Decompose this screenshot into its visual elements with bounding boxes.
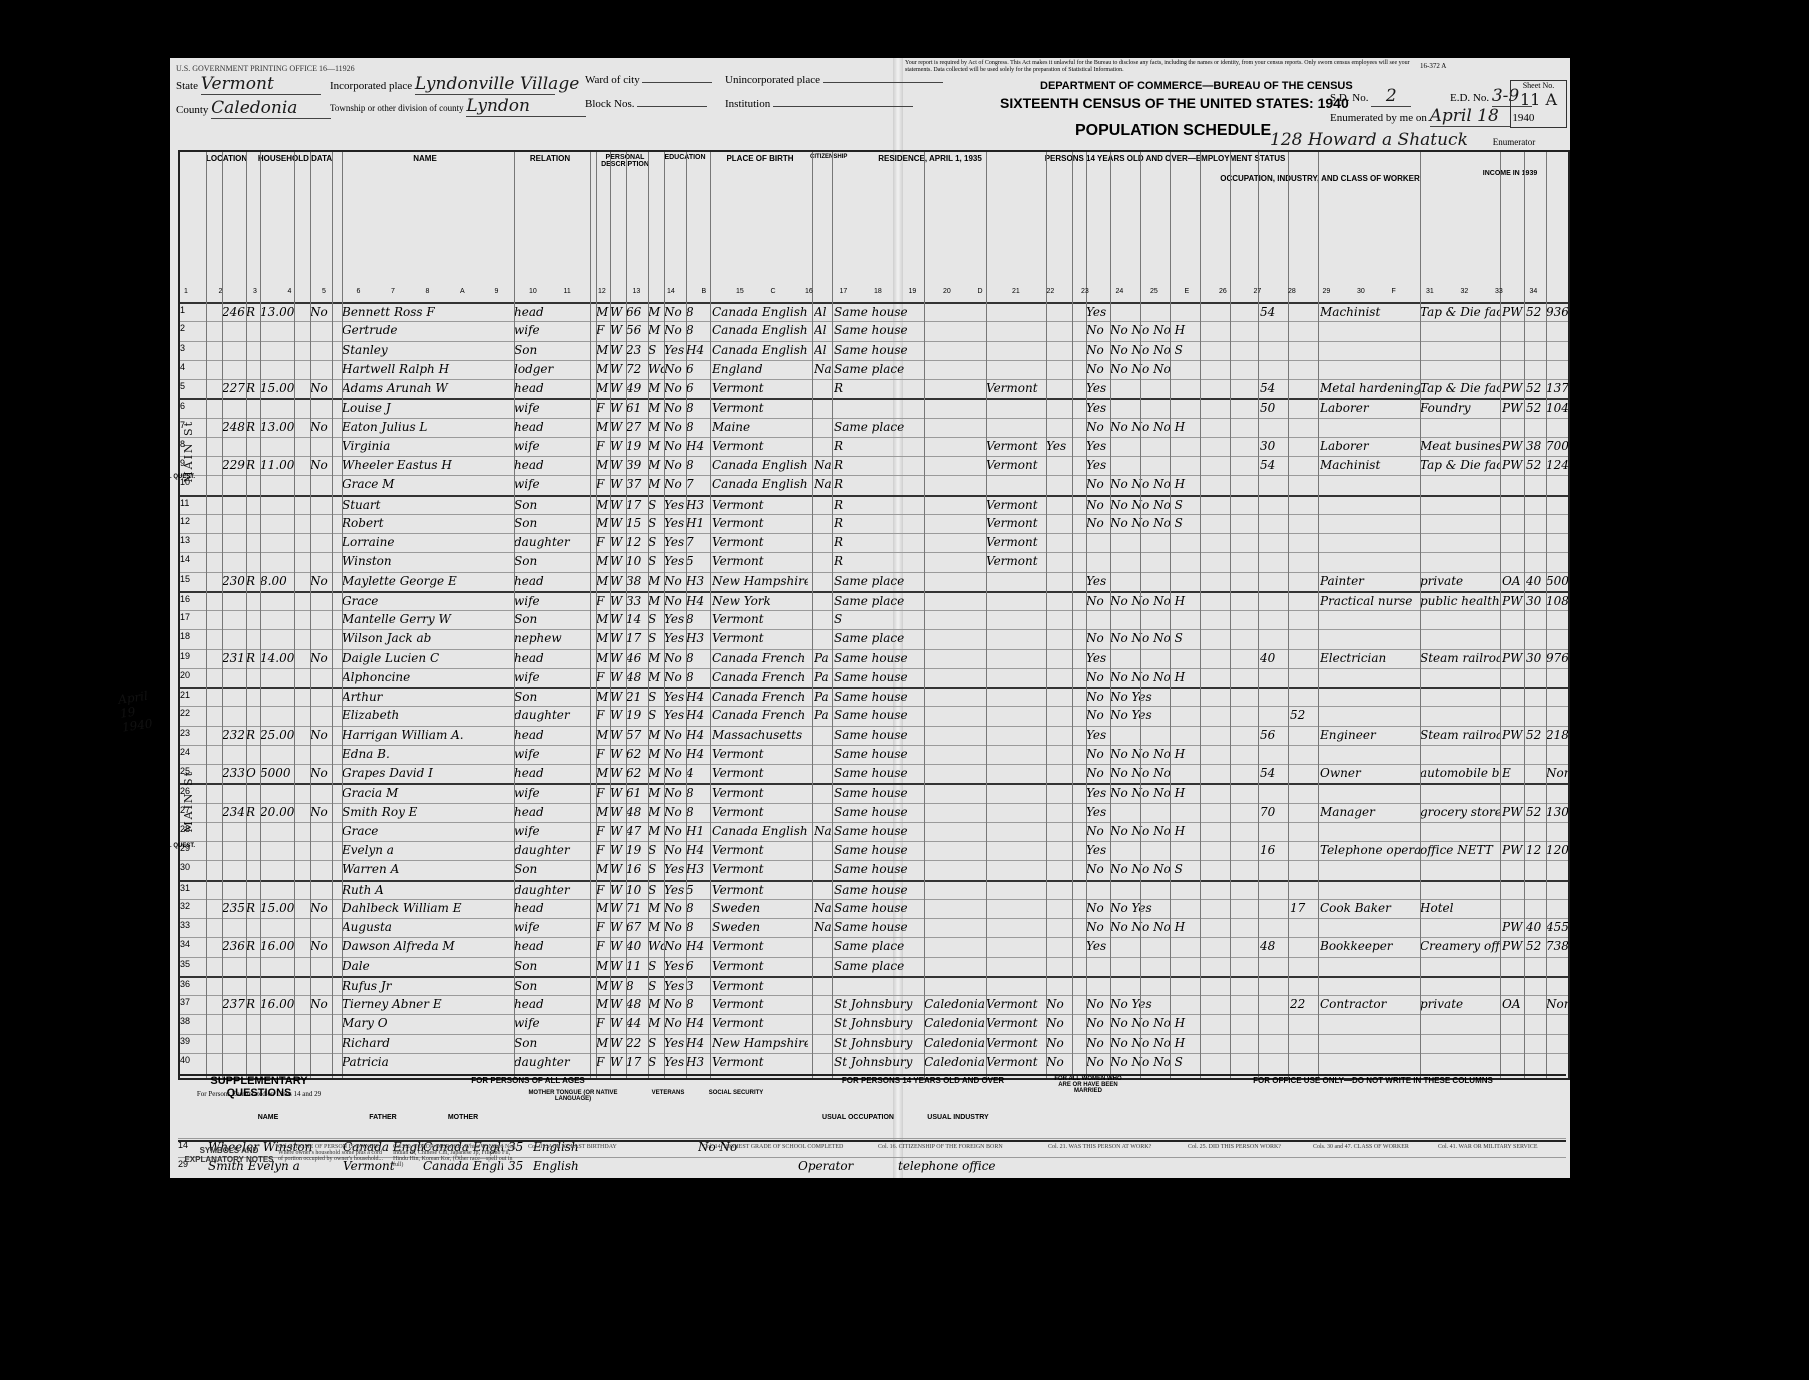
weeks-worked-cell: 40 — [1526, 574, 1546, 588]
relation-cell: head — [514, 420, 590, 434]
person-name-cell: Grapes David I — [342, 766, 512, 780]
hours-worked-cell: 70 — [1260, 805, 1284, 819]
person-name-cell: Alphoncine — [342, 670, 512, 684]
sex-cell: M — [596, 959, 610, 973]
line-number-cell: 14 — [180, 554, 202, 564]
citizenship-cell: Pa — [814, 670, 832, 684]
relation-cell: daughter — [514, 708, 590, 722]
wage-income-cell: 455 — [1546, 920, 1568, 934]
house-number-cell: 230 — [222, 574, 246, 588]
column-number: 17 — [840, 288, 848, 295]
column-number: 18 — [874, 288, 882, 295]
township-value: Lyndon — [466, 96, 586, 117]
wage-income-cell: 738 — [1546, 939, 1568, 953]
birthplace-cell: Vermont — [712, 786, 808, 800]
industry-cell: Creamery office — [1420, 939, 1500, 953]
at-work-cell: No — [1086, 516, 1110, 530]
relation-cell: Son — [514, 516, 590, 530]
home-value-cell: 14.00 — [260, 651, 294, 665]
age-cell: 19 — [626, 708, 648, 722]
farm-residence-cell: No — [310, 420, 332, 434]
column-number: 4 — [288, 288, 292, 295]
table-row: 18Wilson Jack abnephewMW17SYesH3VermontS… — [180, 629, 1568, 649]
line-number-cell: 16 — [180, 594, 202, 604]
birthplace-cell: Vermont — [712, 381, 808, 395]
line-number-cell: 24 — [180, 747, 202, 757]
column-number: 33 — [1495, 288, 1503, 295]
at-work-cell: No — [1086, 631, 1110, 645]
sex-cell: F — [596, 477, 610, 491]
sex-cell: M — [596, 901, 610, 915]
table-row: 35DaleSonMW11SYes6VermontSame place — [180, 957, 1568, 977]
column-number: 6 — [357, 288, 361, 295]
house-number-cell: 248 — [222, 420, 246, 434]
table-row: 13LorrainedaughterFW12SYes7VermontRVermo… — [180, 533, 1568, 553]
residence-state-cell: Vermont — [986, 1055, 1046, 1069]
line-number-cell: 38 — [180, 1016, 202, 1026]
line-number-cell: 22 — [180, 708, 202, 718]
birthplace-cell: Canada English — [712, 477, 808, 491]
school-attendance-cell: No — [664, 670, 686, 684]
grade-completed-cell: H3 — [686, 631, 708, 645]
school-attendance-cell: Yes — [664, 343, 686, 357]
sex-cell: M — [596, 305, 610, 319]
birthplace-cell: Vermont — [712, 805, 808, 819]
home-value-cell: 16.00 — [260, 939, 294, 953]
line-number-cell: 35 — [180, 959, 202, 969]
birthplace-cell: Canada English — [712, 343, 808, 357]
house-number-cell: 231 — [222, 651, 246, 665]
column-number: 28 — [1288, 288, 1296, 295]
relation-cell: daughter — [514, 843, 590, 857]
citizenship-cell: Na — [814, 458, 832, 472]
column-number: D — [978, 288, 983, 295]
grade-completed-cell: 6 — [686, 381, 708, 395]
home-owned-cell: R — [246, 805, 260, 819]
home-value-cell: 8.00 — [260, 574, 294, 588]
age-cell: 12 — [626, 535, 648, 549]
home-value-cell: 16.00 — [260, 997, 294, 1011]
race-cell: W — [610, 651, 626, 665]
sex-cell: M — [596, 728, 610, 742]
residence-city-cell: Same house — [834, 305, 924, 319]
marital-status-cell: M — [648, 805, 664, 819]
farm-residence-cell: No — [310, 381, 332, 395]
person-name-cell: Daigle Lucien C — [342, 651, 512, 665]
at-work-cell: No — [1086, 824, 1110, 838]
marital-status-cell: M — [648, 766, 664, 780]
relation-cell: Son — [514, 979, 590, 993]
race-cell: W — [610, 458, 626, 472]
relation-cell: Son — [514, 343, 590, 357]
person-name-cell: Stanley — [342, 343, 512, 357]
column-number: 16 — [805, 288, 813, 295]
birthplace-cell: Vermont — [712, 535, 808, 549]
residence-county-cell: Caledonia — [924, 1036, 984, 1050]
weeks-worked-cell: 52 — [1526, 939, 1546, 953]
residence-farm-cell: Yes — [1046, 439, 1072, 453]
race-cell: W — [610, 728, 626, 742]
at-work-cell: Yes — [1086, 939, 1110, 953]
residence-farm-cell: No — [1046, 1036, 1072, 1050]
residence-city-cell: R — [834, 439, 924, 453]
race-cell: W — [610, 477, 626, 491]
at-work-cell: No — [1086, 997, 1110, 1011]
grade-completed-cell: H4 — [686, 594, 708, 608]
school-attendance-cell: No — [664, 574, 686, 588]
marital-status-cell: S — [648, 862, 664, 876]
residence-state-cell: Vermont — [986, 458, 1046, 472]
table-row: 21ArthurSonMW21SYesH4Canada FrenchPaSame… — [180, 687, 1568, 708]
grade-completed-cell: 8 — [686, 323, 708, 337]
sex-cell: F — [596, 439, 610, 453]
marital-status-cell: M — [648, 401, 664, 415]
residence-city-cell: Same house — [834, 690, 924, 704]
race-cell: W — [610, 594, 626, 608]
grade-completed-cell: 8 — [686, 786, 708, 800]
marital-status-cell: S — [648, 959, 664, 973]
home-owned-cell: R — [246, 939, 260, 953]
birthplace-cell: Vermont — [712, 883, 808, 897]
marital-status-cell: S — [648, 631, 664, 645]
farm-residence-cell: No — [310, 574, 332, 588]
race-cell: W — [610, 805, 626, 819]
marital-status-cell: S — [648, 690, 664, 704]
line-number-cell: 37 — [180, 997, 202, 1007]
table-row: 6Louise JwifeFW61MNo8VermontYes50Laborer… — [180, 398, 1568, 419]
column-number: 5 — [322, 288, 326, 295]
school-attendance-cell: No — [664, 305, 686, 319]
citizenship-cell: Pa — [814, 690, 832, 704]
home-owned-cell: R — [246, 574, 260, 588]
table-row: 36Rufus JrSonMW8SYes3Vermont — [180, 976, 1568, 997]
race-cell: W — [610, 670, 626, 684]
line-number-cell: 34 — [180, 939, 202, 949]
sex-cell: M — [596, 516, 610, 530]
note-col14: Col. 14. HIGHEST GRADE OF SCHOOL COMPLET… — [703, 1144, 873, 1150]
at-work-cell: No — [1086, 498, 1110, 512]
residence-city-cell: Same place — [834, 362, 924, 376]
school-attendance-cell: Yes — [664, 554, 686, 568]
race-cell: W — [610, 690, 626, 704]
supp-group-14-over: FOR PERSONS 14 YEARS OLD AND OVER — [798, 1076, 1048, 1085]
person-name-cell: Warren A — [342, 862, 512, 876]
class-of-worker-cell: PW — [1502, 728, 1524, 742]
grade-completed-cell: 7 — [686, 535, 708, 549]
grade-completed-cell: 8 — [686, 997, 708, 1011]
school-attendance-cell: Yes — [664, 498, 686, 512]
age-cell: 10 — [626, 883, 648, 897]
industry-cell: Hotel — [1420, 901, 1500, 915]
marital-status-cell: S — [648, 843, 664, 857]
table-row: 11StuartSonMW17SYesH3VermontRVermontNoNo… — [180, 495, 1568, 516]
race-cell: W — [610, 747, 626, 761]
weeks-worked-cell: 52 — [1526, 401, 1546, 415]
industry-cell: Steam railroad shop — [1420, 651, 1500, 665]
relation-cell: head — [514, 381, 590, 395]
marital-status-cell: Wd — [648, 362, 664, 376]
at-work-cell: No — [1086, 747, 1110, 761]
citizenship-cell: Pa — [814, 651, 832, 665]
birthplace-cell: England — [712, 362, 808, 376]
house-number-cell: 237 — [222, 997, 246, 1011]
column-number: 3 — [253, 288, 257, 295]
age-cell: 17 — [626, 631, 648, 645]
marital-status-cell: S — [648, 535, 664, 549]
column-number: E — [1185, 288, 1190, 295]
industry-cell: office NETT — [1420, 843, 1500, 857]
sex-cell: F — [596, 535, 610, 549]
residence-city-cell: Same house — [834, 862, 924, 876]
at-work-cell: No — [1086, 862, 1110, 876]
birthplace-cell: Maine — [712, 420, 808, 434]
school-attendance-cell: No — [664, 824, 686, 838]
age-cell: 44 — [626, 1016, 648, 1030]
race-cell: W — [610, 979, 626, 993]
grade-completed-cell: 4 — [686, 766, 708, 780]
schedule-title: POPULATION SCHEDULE — [1075, 122, 1271, 140]
line-number-cell: 15 — [180, 574, 202, 584]
race-cell: W — [610, 824, 626, 838]
line-number-cell: 39 — [180, 1036, 202, 1046]
grade-completed-cell: H4 — [686, 343, 708, 357]
home-owned-cell: R — [246, 305, 260, 319]
at-work-cell: Yes — [1086, 651, 1110, 665]
birthplace-cell: New York — [712, 594, 808, 608]
age-cell: 10 — [626, 554, 648, 568]
occupation-cell: Machinist — [1320, 305, 1420, 319]
age-cell: 46 — [626, 651, 648, 665]
occupation-cell: Laborer — [1320, 439, 1420, 453]
grade-completed-cell: H3 — [686, 498, 708, 512]
relation-cell: daughter — [514, 883, 590, 897]
legal-notice: Your report is required by Act of Congre… — [905, 60, 1425, 74]
birthplace-cell: Canada French — [712, 651, 808, 665]
industry-cell: Foundry — [1420, 401, 1500, 415]
age-cell: 61 — [626, 786, 648, 800]
occupation-cell: Metal hardening — [1320, 381, 1420, 395]
age-cell: 72 — [626, 362, 648, 376]
person-name-cell: Mary O — [342, 1016, 512, 1030]
table-row: 31Ruth AdaughterFW10SYes5VermontSame hou… — [180, 880, 1568, 901]
residence-city-cell: R — [834, 381, 924, 395]
residence-state-cell: Vermont — [986, 554, 1046, 568]
occupation-cell: Owner — [1320, 766, 1420, 780]
sex-cell: F — [596, 786, 610, 800]
population-schedule-table: LOCATION HOUSEHOLD DATA NAME RELATION PE… — [178, 150, 1570, 1080]
column-number: 25 — [1150, 288, 1158, 295]
at-work-cell: No — [1086, 901, 1110, 915]
relation-cell: lodger — [514, 362, 590, 376]
age-cell: 23 — [626, 343, 648, 357]
column-number: A — [460, 288, 465, 295]
person-name-cell: Adams Arunah W — [342, 381, 512, 395]
grade-completed-cell: 8 — [686, 805, 708, 819]
weeks-worked-cell: 52 — [1526, 805, 1546, 819]
person-name-cell: Patricia — [342, 1055, 512, 1069]
residence-city-cell: St Johnsbury — [834, 1036, 924, 1050]
house-number-cell: 246 — [222, 305, 246, 319]
farm-residence-cell: No — [310, 939, 332, 953]
table-row: 19231R14.00NoDaigle Lucien CheadMW46MNo8… — [180, 649, 1568, 669]
industry-cell: grocery store — [1420, 805, 1500, 819]
person-name-cell: Winston — [342, 554, 512, 568]
sex-cell: F — [596, 670, 610, 684]
grade-completed-cell: H4 — [686, 1016, 708, 1030]
age-cell: 14 — [626, 612, 648, 626]
relation-cell: Son — [514, 690, 590, 704]
group-employment: PERSONS 14 YEARS OLD AND OVER—EMPLOYMENT… — [1030, 154, 1300, 163]
marital-status-cell: M — [648, 920, 664, 934]
supp-quest-marker-14: SUPPL. QUEST. — [150, 474, 195, 480]
relation-cell: Son — [514, 959, 590, 973]
sex-cell: F — [596, 843, 610, 857]
wage-income-cell: 1248 — [1546, 458, 1568, 472]
relation-cell: Son — [514, 1036, 590, 1050]
note-col10: Col. 10. COLOR OR RACE: White W, Negro N… — [393, 1144, 523, 1168]
farm-residence-cell: No — [310, 997, 332, 1011]
grade-completed-cell: 6 — [686, 362, 708, 376]
grade-completed-cell: H4 — [686, 1036, 708, 1050]
citizenship-cell: Na — [814, 362, 832, 376]
residence-state-cell: Vermont — [986, 498, 1046, 512]
grade-completed-cell: 8 — [686, 612, 708, 626]
column-number: 26 — [1219, 288, 1227, 295]
grade-completed-cell: 8 — [686, 401, 708, 415]
class-of-worker-cell: PW — [1502, 381, 1524, 395]
school-attendance-cell: Yes — [664, 979, 686, 993]
birthplace-cell: Vermont — [712, 631, 808, 645]
sex-cell: F — [596, 1016, 610, 1030]
occupation-cell: Manager — [1320, 805, 1420, 819]
column-number: 13 — [633, 288, 641, 295]
industry-cell: private — [1420, 574, 1500, 588]
age-cell: 38 — [626, 574, 648, 588]
column-number: 34 — [1530, 288, 1538, 295]
home-owned-cell: R — [246, 651, 260, 665]
table-row: 27234R20.00NoSmith Roy EheadMW48MNo8Verm… — [180, 803, 1568, 823]
home-value-cell: 15.00 — [260, 901, 294, 915]
line-number-cell: 32 — [180, 901, 202, 911]
sex-cell: M — [596, 651, 610, 665]
residence-city-cell: Same house — [834, 824, 924, 838]
grade-completed-cell: 8 — [686, 651, 708, 665]
school-attendance-cell: No — [664, 747, 686, 761]
birthplace-cell: Vermont — [712, 516, 808, 530]
weeks-worked-cell: 52 — [1526, 305, 1546, 319]
sex-cell: M — [596, 458, 610, 472]
marital-status-cell: S — [648, 612, 664, 626]
note-col41: Col. 41. WAR OR MILITARY SERVICE — [1438, 1144, 1558, 1150]
sex-cell: M — [596, 612, 610, 626]
person-name-cell: Arthur — [342, 690, 512, 704]
race-cell: W — [610, 343, 626, 357]
birthplace-cell: Vermont — [712, 1055, 808, 1069]
residence-city-cell: Same place — [834, 420, 924, 434]
residence-city-cell: Same house — [834, 670, 924, 684]
birthplace-cell: Vermont — [712, 959, 808, 973]
line-number-cell: 19 — [180, 651, 202, 661]
line-number-cell: 21 — [180, 690, 202, 700]
grade-completed-cell: H4 — [686, 708, 708, 722]
race-cell: W — [610, 1016, 626, 1030]
race-cell: W — [610, 843, 626, 857]
class-of-worker-cell: PW — [1502, 939, 1524, 953]
relation-cell: head — [514, 805, 590, 819]
birthplace-cell: Canada French — [712, 670, 808, 684]
marital-status-cell: M — [648, 594, 664, 608]
class-of-worker-cell: PW — [1502, 458, 1524, 472]
hours-worked-cell: 16 — [1260, 843, 1284, 857]
group-education: EDUCATION — [660, 154, 710, 161]
sex-cell: M — [596, 343, 610, 357]
column-number: F — [1392, 288, 1396, 295]
house-number-cell: 232 — [222, 728, 246, 742]
age-cell: 17 — [626, 498, 648, 512]
column-number: 8 — [426, 288, 430, 295]
at-work-cell: Yes — [1086, 305, 1110, 319]
class-of-worker-cell: PW — [1502, 651, 1524, 665]
supp-group-women: FOR ALL WOMEN WHO ARE OR HAVE BEEN MARRI… — [1048, 1076, 1128, 1094]
race-cell: W — [610, 574, 626, 588]
residence-city-cell: Same house — [834, 343, 924, 357]
street-label-2: MAIN St — [182, 770, 195, 833]
column-number: 29 — [1323, 288, 1331, 295]
enumerator-field: 128 Howard a Shatuck Enumerator — [1270, 130, 1535, 151]
citizenship-cell: Na — [814, 901, 832, 915]
home-value-cell: 20.00 — [260, 805, 294, 819]
grade-completed-cell: 8 — [686, 920, 708, 934]
county-field: County Caledonia — [176, 98, 331, 119]
line-number-cell: 5 — [180, 381, 202, 391]
relation-cell: head — [514, 901, 590, 915]
line-number-cell: 31 — [180, 883, 202, 893]
at-work-cell: No — [1086, 766, 1110, 780]
group-relation: RELATION — [510, 154, 590, 163]
race-cell: W — [610, 901, 626, 915]
table-row: 25233O5000NoGrapes David IheadMW62MNo4Ve… — [180, 764, 1568, 784]
occupation-cell: Machinist — [1320, 458, 1420, 472]
table-row: 2GertrudewifeFW56MNo8Canada EnglishAlSam… — [180, 321, 1568, 341]
race-cell: W — [610, 362, 626, 376]
industry-cell: Tap & Die factory — [1420, 305, 1500, 319]
marital-status-cell: S — [648, 883, 664, 897]
relation-cell: wife — [514, 477, 590, 491]
line-number-cell: 33 — [180, 920, 202, 930]
relation-cell: head — [514, 305, 590, 319]
race-cell: W — [610, 959, 626, 973]
residence-county-cell: Caledonia — [924, 997, 984, 1011]
school-attendance-cell: No — [664, 594, 686, 608]
at-work-cell: No — [1086, 690, 1110, 704]
residence-city-cell: Same house — [834, 883, 924, 897]
at-work-cell: Yes — [1086, 439, 1110, 453]
wage-income-cell: 1300 — [1546, 805, 1568, 819]
person-name-cell: Grace — [342, 824, 512, 838]
weeks-worked-cell: 40 — [1526, 920, 1546, 934]
hours-worked-cell: 54 — [1260, 305, 1284, 319]
race-cell: W — [610, 381, 626, 395]
relation-cell: head — [514, 651, 590, 665]
age-cell: 8 — [626, 979, 648, 993]
race-cell: W — [610, 1036, 626, 1050]
table-row: 22ElizabethdaughterFW19SYesH4Canada Fren… — [180, 706, 1568, 726]
sex-cell: F — [596, 401, 610, 415]
person-name-cell: Maylette George E — [342, 574, 512, 588]
house-number-cell: 233 — [222, 766, 246, 780]
school-attendance-cell: No — [664, 997, 686, 1011]
wage-income-cell: 2185 — [1546, 728, 1568, 742]
